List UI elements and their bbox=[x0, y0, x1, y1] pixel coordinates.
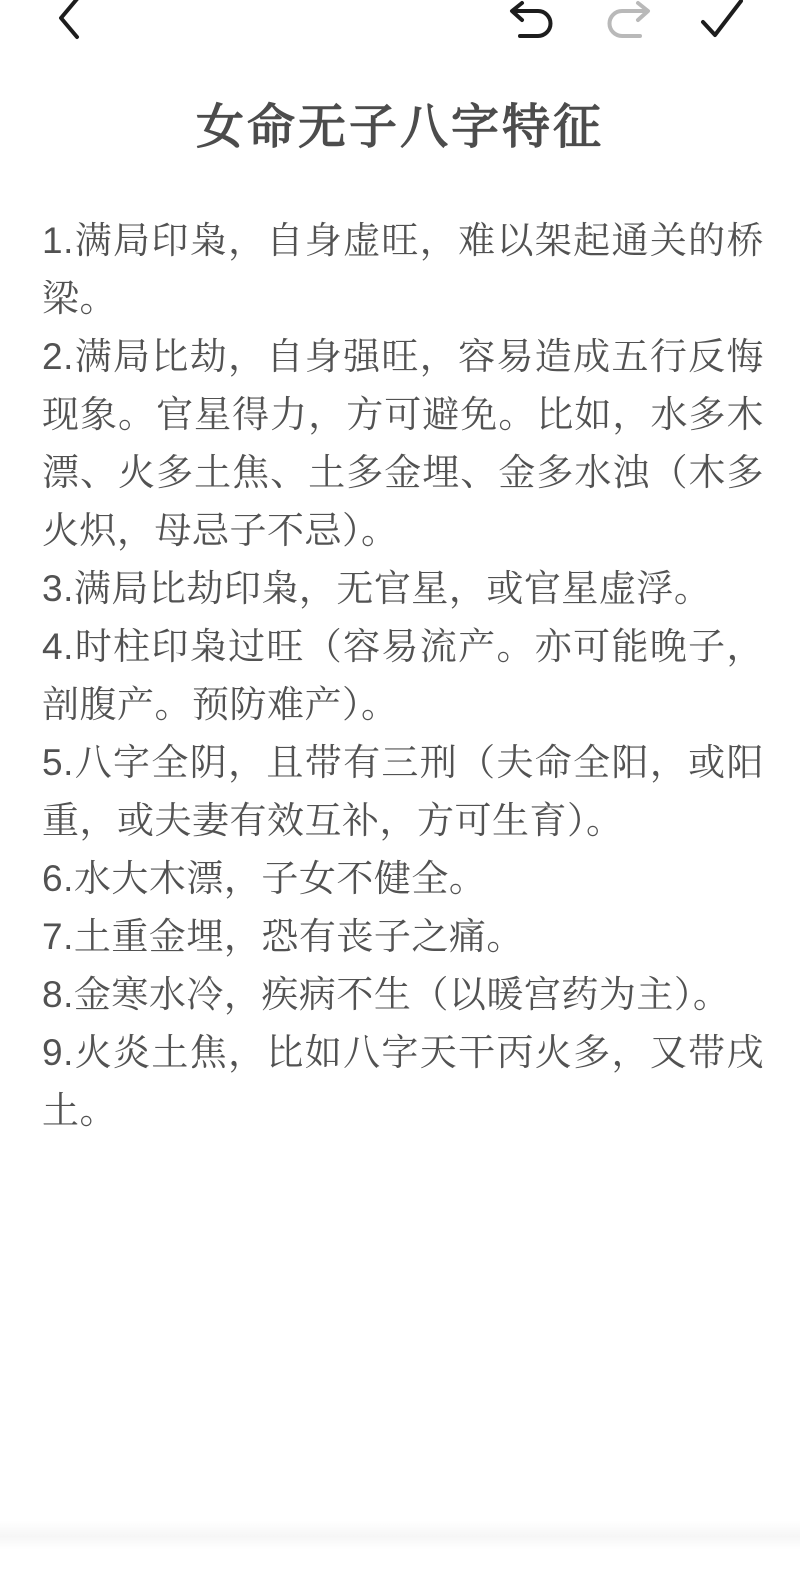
list-item[interactable]: 5.八字全阴，且带有三刑（夫命全阳，或阳重，或夫妻有效互补，方可生育）。 bbox=[42, 734, 764, 850]
redo-icon bbox=[602, 0, 654, 41]
top-toolbar bbox=[0, 0, 800, 52]
note-editor[interactable]: 1.满局印枭，自身虚旺，难以架起通关的桥梁。 2.满局比劫，自身强旺，容易造成五… bbox=[42, 212, 764, 1140]
list-item[interactable]: 8.金寒水冷，疾病不生（以暖宫药为主）。 bbox=[42, 966, 764, 1024]
undo-icon bbox=[506, 0, 558, 41]
redo-button[interactable] bbox=[600, 0, 656, 44]
chevron-left-icon bbox=[51, 0, 89, 41]
list-item[interactable]: 2.满局比劫，自身强旺，容易造成五行反悔现象。官星得力，方可避免。比如，水多木漂… bbox=[42, 328, 764, 560]
list-item[interactable]: 7.土重金埋，恐有丧子之痛。 bbox=[42, 908, 764, 966]
note-title[interactable]: 女命无子八字特征 bbox=[0, 88, 800, 157]
checkmark-icon bbox=[697, 0, 747, 40]
list-item[interactable]: 9.火炎土焦，比如八字天干丙火多，又带戌土。 bbox=[42, 1024, 764, 1140]
list-item[interactable]: 1.满局印枭，自身虚旺，难以架起通关的桥梁。 bbox=[42, 212, 764, 328]
list-item[interactable]: 4.时柱印枭过旺（容易流产。亦可能晚子，剖腹产。预防难产）。 bbox=[42, 618, 764, 734]
back-button[interactable] bbox=[42, 0, 98, 42]
bottom-shade bbox=[0, 1520, 800, 1550]
list-item[interactable]: 6.水大木漂，子女不健全。 bbox=[42, 850, 764, 908]
list-item[interactable]: 3.满局比劫印枭，无官星，或官星虚浮。 bbox=[42, 560, 764, 618]
undo-button[interactable] bbox=[504, 0, 560, 44]
confirm-button[interactable] bbox=[694, 0, 750, 42]
